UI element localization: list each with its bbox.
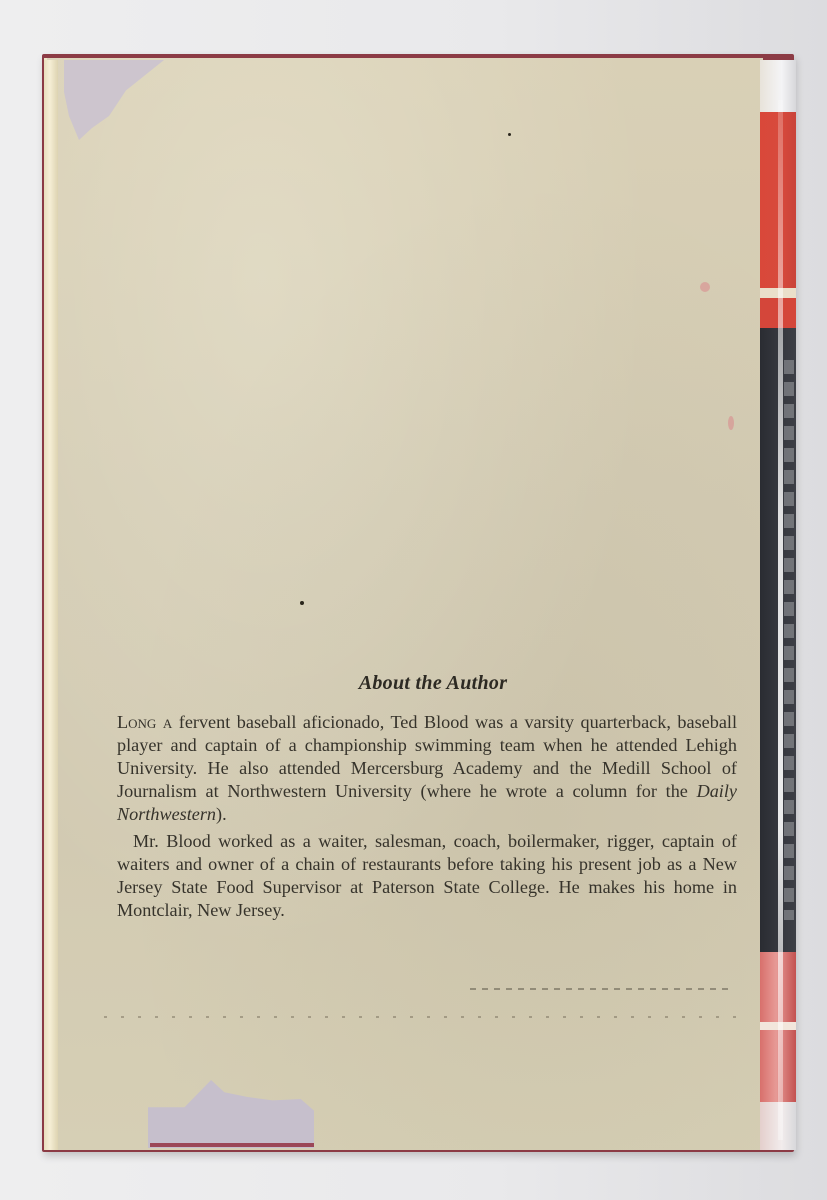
dust-speck — [508, 133, 511, 136]
jacket-left-fold — [44, 60, 58, 1150]
book-spine — [760, 60, 796, 1150]
lead-in-smallcaps: Long a — [117, 712, 172, 732]
about-the-author: About the Author Long a fervent baseball… — [117, 672, 737, 922]
print-speckle-line — [104, 1016, 744, 1018]
photo-scene: About the Author Long a fervent baseball… — [0, 0, 827, 1200]
print-speckle — [470, 988, 730, 990]
spine-gloss-highlight — [778, 100, 783, 1140]
about-heading: About the Author — [117, 672, 737, 695]
bio-paragraph-2: Mr. Blood worked as a waiter, salesman, … — [117, 830, 737, 922]
spine-title-lettering — [784, 360, 794, 920]
stain — [700, 282, 710, 292]
bio-text-tail: ). — [216, 804, 227, 824]
bio-text: fervent baseball aficionado, Ted Blood w… — [117, 712, 737, 801]
bio-paragraph-1: Long a fervent baseball aficionado, Ted … — [117, 711, 737, 826]
dust-speck — [300, 601, 304, 605]
dust-jacket-back — [44, 58, 763, 1150]
stain — [728, 416, 734, 430]
exposed-board-edge — [150, 1143, 314, 1147]
